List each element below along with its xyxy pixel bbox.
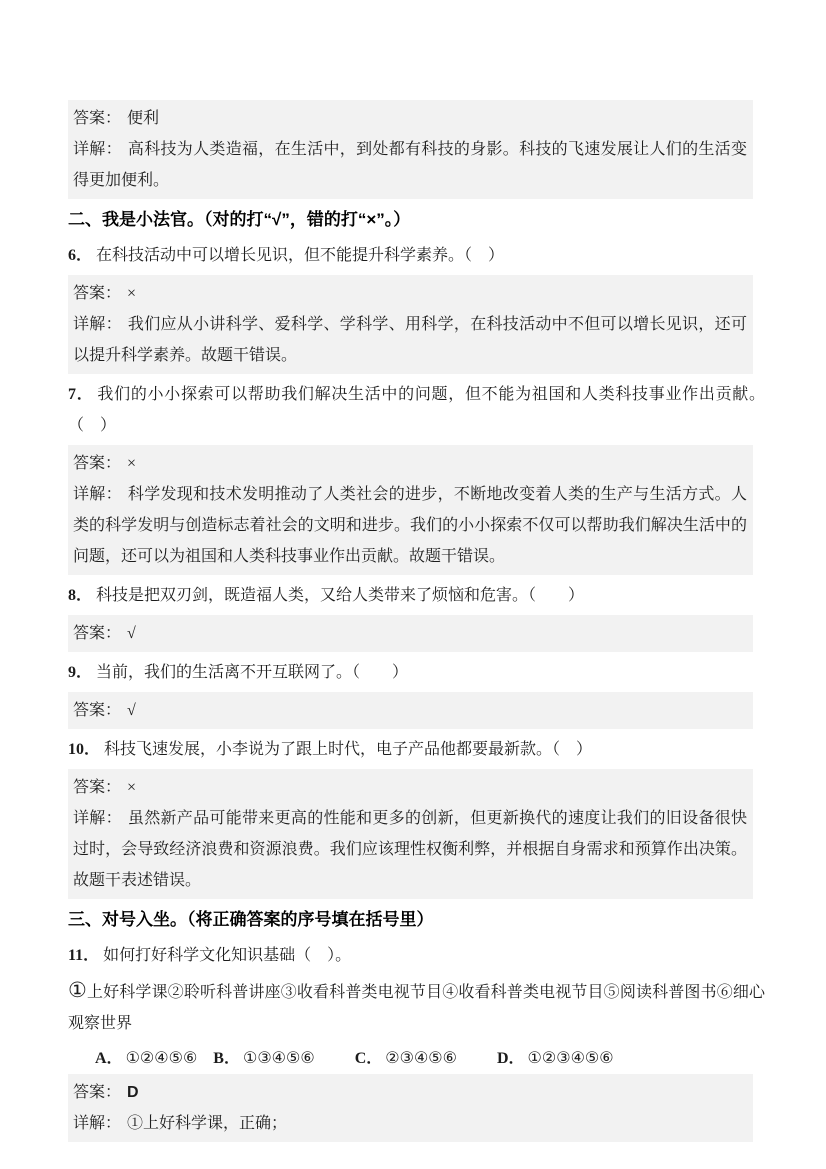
answer-value: D bbox=[127, 1084, 139, 1101]
answer-value: × bbox=[127, 779, 136, 796]
answer-block-q7: 答案：× 详解：科学发现和技术发明推动了人类社会的进步，不断地改变着人类的生产与… bbox=[68, 445, 753, 575]
question-11-text: 如何打好科学文化知识基础（ ）。 bbox=[103, 947, 351, 964]
question-10: 10．科技飞速发展，小李说为了跟上时代，电子产品他都要最新款。（ ） bbox=[68, 734, 765, 765]
answer-block-q5: 答案：便利 详解：高科技为人类造福，在生活中，到处都有科技的身影。科技的飞速发展… bbox=[68, 100, 753, 199]
question-11-number: 11． bbox=[68, 947, 99, 964]
answer-value: 便利 bbox=[127, 110, 159, 127]
detail-label: 详解： bbox=[73, 141, 122, 158]
question-6-number: 6． bbox=[68, 247, 92, 264]
question-6: 6．在科技活动中可以增长见识，但不能提升科学素养。（ ） bbox=[68, 240, 765, 271]
detail-line: 详解：科学发现和技术发明推动了人类社会的进步，不断地改变着人类的生产与生活方式。… bbox=[73, 479, 747, 572]
answer-label: 答案： bbox=[73, 625, 121, 642]
answer-block-q11: 答案：D 详解：①上好科学课，正确； bbox=[68, 1074, 753, 1142]
answer-block-q6: 答案：× 详解：我们应从小讲科学、爱科学、学科学、用科学，在科技活动中不但可以增… bbox=[68, 275, 753, 374]
detail-line: 详解：虽然新产品可能带来更高的性能和更多的创新，但更新换代的速度让我们的旧设备很… bbox=[73, 803, 747, 896]
choice-b-value: ①③④⑤⑥ bbox=[243, 1050, 315, 1067]
detail-label: 详解： bbox=[73, 316, 122, 333]
answer-label: 答案： bbox=[73, 779, 121, 796]
question-10-number: 10． bbox=[68, 741, 100, 758]
detail-text: 高科技为人类造福，在生活中，到处都有科技的身影。科技的飞速发展让人们的生活变得更… bbox=[73, 141, 747, 189]
option-1-badge: ① bbox=[68, 978, 87, 1002]
question-11-options: ①上好科学课②聆听科普讲座③收看科普类电视节目④收看科普类电视节目⑤阅读科普图书… bbox=[68, 975, 765, 1039]
answer-block-q9: 答案：√ bbox=[68, 692, 753, 729]
question-11: 11．如何打好科学文化知识基础（ ）。 bbox=[68, 940, 765, 971]
detail-text: ①上好科学课，正确； bbox=[127, 1115, 287, 1132]
section-heading-2: 二、我是小法官。（对的打“√”，错的打“×”。） bbox=[68, 204, 765, 235]
answer-block-q8: 答案：√ bbox=[68, 615, 753, 652]
choice-d-label: D． bbox=[497, 1050, 525, 1067]
document-page: 答案：便利 详解：高科技为人类造福，在生活中，到处都有科技的身影。科技的飞速发展… bbox=[0, 0, 826, 1142]
question-9-text: 当前，我们的生活离不开互联网了。（ ） bbox=[96, 664, 408, 681]
question-7-text: 我们的小小探索可以帮助我们解决生活中的问题，但不能为祖国和人类科技事业作出贡献。… bbox=[68, 386, 765, 434]
question-7: 7．我们的小小探索可以帮助我们解决生活中的问题，但不能为祖国和人类科技事业作出贡… bbox=[68, 379, 765, 441]
question-8-number: 8． bbox=[68, 587, 92, 604]
answer-line: 答案：× bbox=[73, 448, 747, 479]
answer-value: √ bbox=[127, 625, 136, 642]
question-10-text: 科技飞速发展，小李说为了跟上时代，电子产品他都要最新款。（ ） bbox=[104, 741, 592, 758]
answer-line: 答案：√ bbox=[73, 618, 747, 649]
section-heading-3: 三、对号入坐。（将正确答案的序号填在括号里） bbox=[68, 904, 765, 935]
choice-c-label: C． bbox=[355, 1050, 383, 1067]
choice-c: C．②③④⑤⑥ bbox=[355, 1050, 457, 1067]
answer-line: 答案：便利 bbox=[73, 103, 747, 134]
answer-line: 答案：× bbox=[73, 278, 747, 309]
choice-a-label: A． bbox=[95, 1050, 123, 1067]
answer-line: 答案：× bbox=[73, 772, 747, 803]
question-8-text: 科技是把双刃剑，既造福人类，又给人类带来了烦恼和危害。（ ） bbox=[96, 587, 584, 604]
question-9: 9．当前，我们的生活离不开互联网了。（ ） bbox=[68, 657, 765, 688]
choice-b-label: B． bbox=[213, 1050, 240, 1067]
answer-label: 答案： bbox=[73, 455, 121, 472]
answer-value: × bbox=[127, 285, 136, 302]
question-6-text: 在科技活动中可以增长见识，但不能提升科学素养。（ ） bbox=[96, 247, 504, 264]
question-11-options-text: 上好科学课②聆听科普讲座③收看科普类电视节目④收看科普类电视节目⑤阅读科普图书⑥… bbox=[68, 984, 765, 1032]
detail-label: 详解： bbox=[73, 486, 122, 503]
answer-value: √ bbox=[127, 702, 136, 719]
choice-a-value: ①②④⑤⑥ bbox=[126, 1050, 198, 1067]
detail-line: 详解：高科技为人类造福，在生活中，到处都有科技的身影。科技的飞速发展让人们的生活… bbox=[73, 134, 747, 196]
question-7-number: 7． bbox=[68, 386, 93, 403]
choice-d: D．①②③④⑤⑥ bbox=[497, 1050, 614, 1067]
detail-text: 科学发现和技术发明推动了人类社会的进步，不断地改变着人类的生产与生活方式。人类的… bbox=[73, 486, 747, 565]
question-8: 8．科技是把双刃剑，既造福人类，又给人类带来了烦恼和危害。（ ） bbox=[68, 580, 765, 611]
choice-b: B．①③④⑤⑥ bbox=[213, 1050, 314, 1067]
answer-label: 答案： bbox=[73, 285, 121, 302]
detail-text: 我们应从小讲科学、爱科学、学科学、用科学，在科技活动中不但可以增长见识，还可以提… bbox=[73, 316, 747, 364]
answer-line: 答案：√ bbox=[73, 695, 747, 726]
choice-d-value: ①②③④⑤⑥ bbox=[528, 1050, 614, 1067]
choice-a: A．①②④⑤⑥ bbox=[95, 1050, 197, 1067]
detail-text: 虽然新产品可能带来更高的性能和更多的创新，但更新换代的速度让我们的旧设备很快过时… bbox=[73, 810, 747, 889]
choices-line: A．①②④⑤⑥ B．①③④⑤⑥ C．②③④⑤⑥ D．①②③④⑤⑥ bbox=[68, 1043, 765, 1074]
detail-line: 详解：我们应从小讲科学、爱科学、学科学、用科学，在科技活动中不但可以增长见识，还… bbox=[73, 309, 747, 371]
answer-value: × bbox=[127, 455, 136, 472]
choice-c-value: ②③④⑤⑥ bbox=[385, 1050, 457, 1067]
answer-label: 答案： bbox=[73, 702, 121, 719]
answer-block-q10: 答案：× 详解：虽然新产品可能带来更高的性能和更多的创新，但更新换代的速度让我们… bbox=[68, 769, 753, 899]
detail-label: 详解： bbox=[73, 1115, 121, 1132]
detail-line: 详解：①上好科学课，正确； bbox=[73, 1108, 747, 1139]
answer-label: 答案： bbox=[73, 1084, 121, 1101]
answer-label: 答案： bbox=[73, 110, 121, 127]
answer-line: 答案：D bbox=[73, 1077, 747, 1108]
detail-label: 详解： bbox=[73, 810, 122, 827]
question-9-number: 9． bbox=[68, 664, 92, 681]
